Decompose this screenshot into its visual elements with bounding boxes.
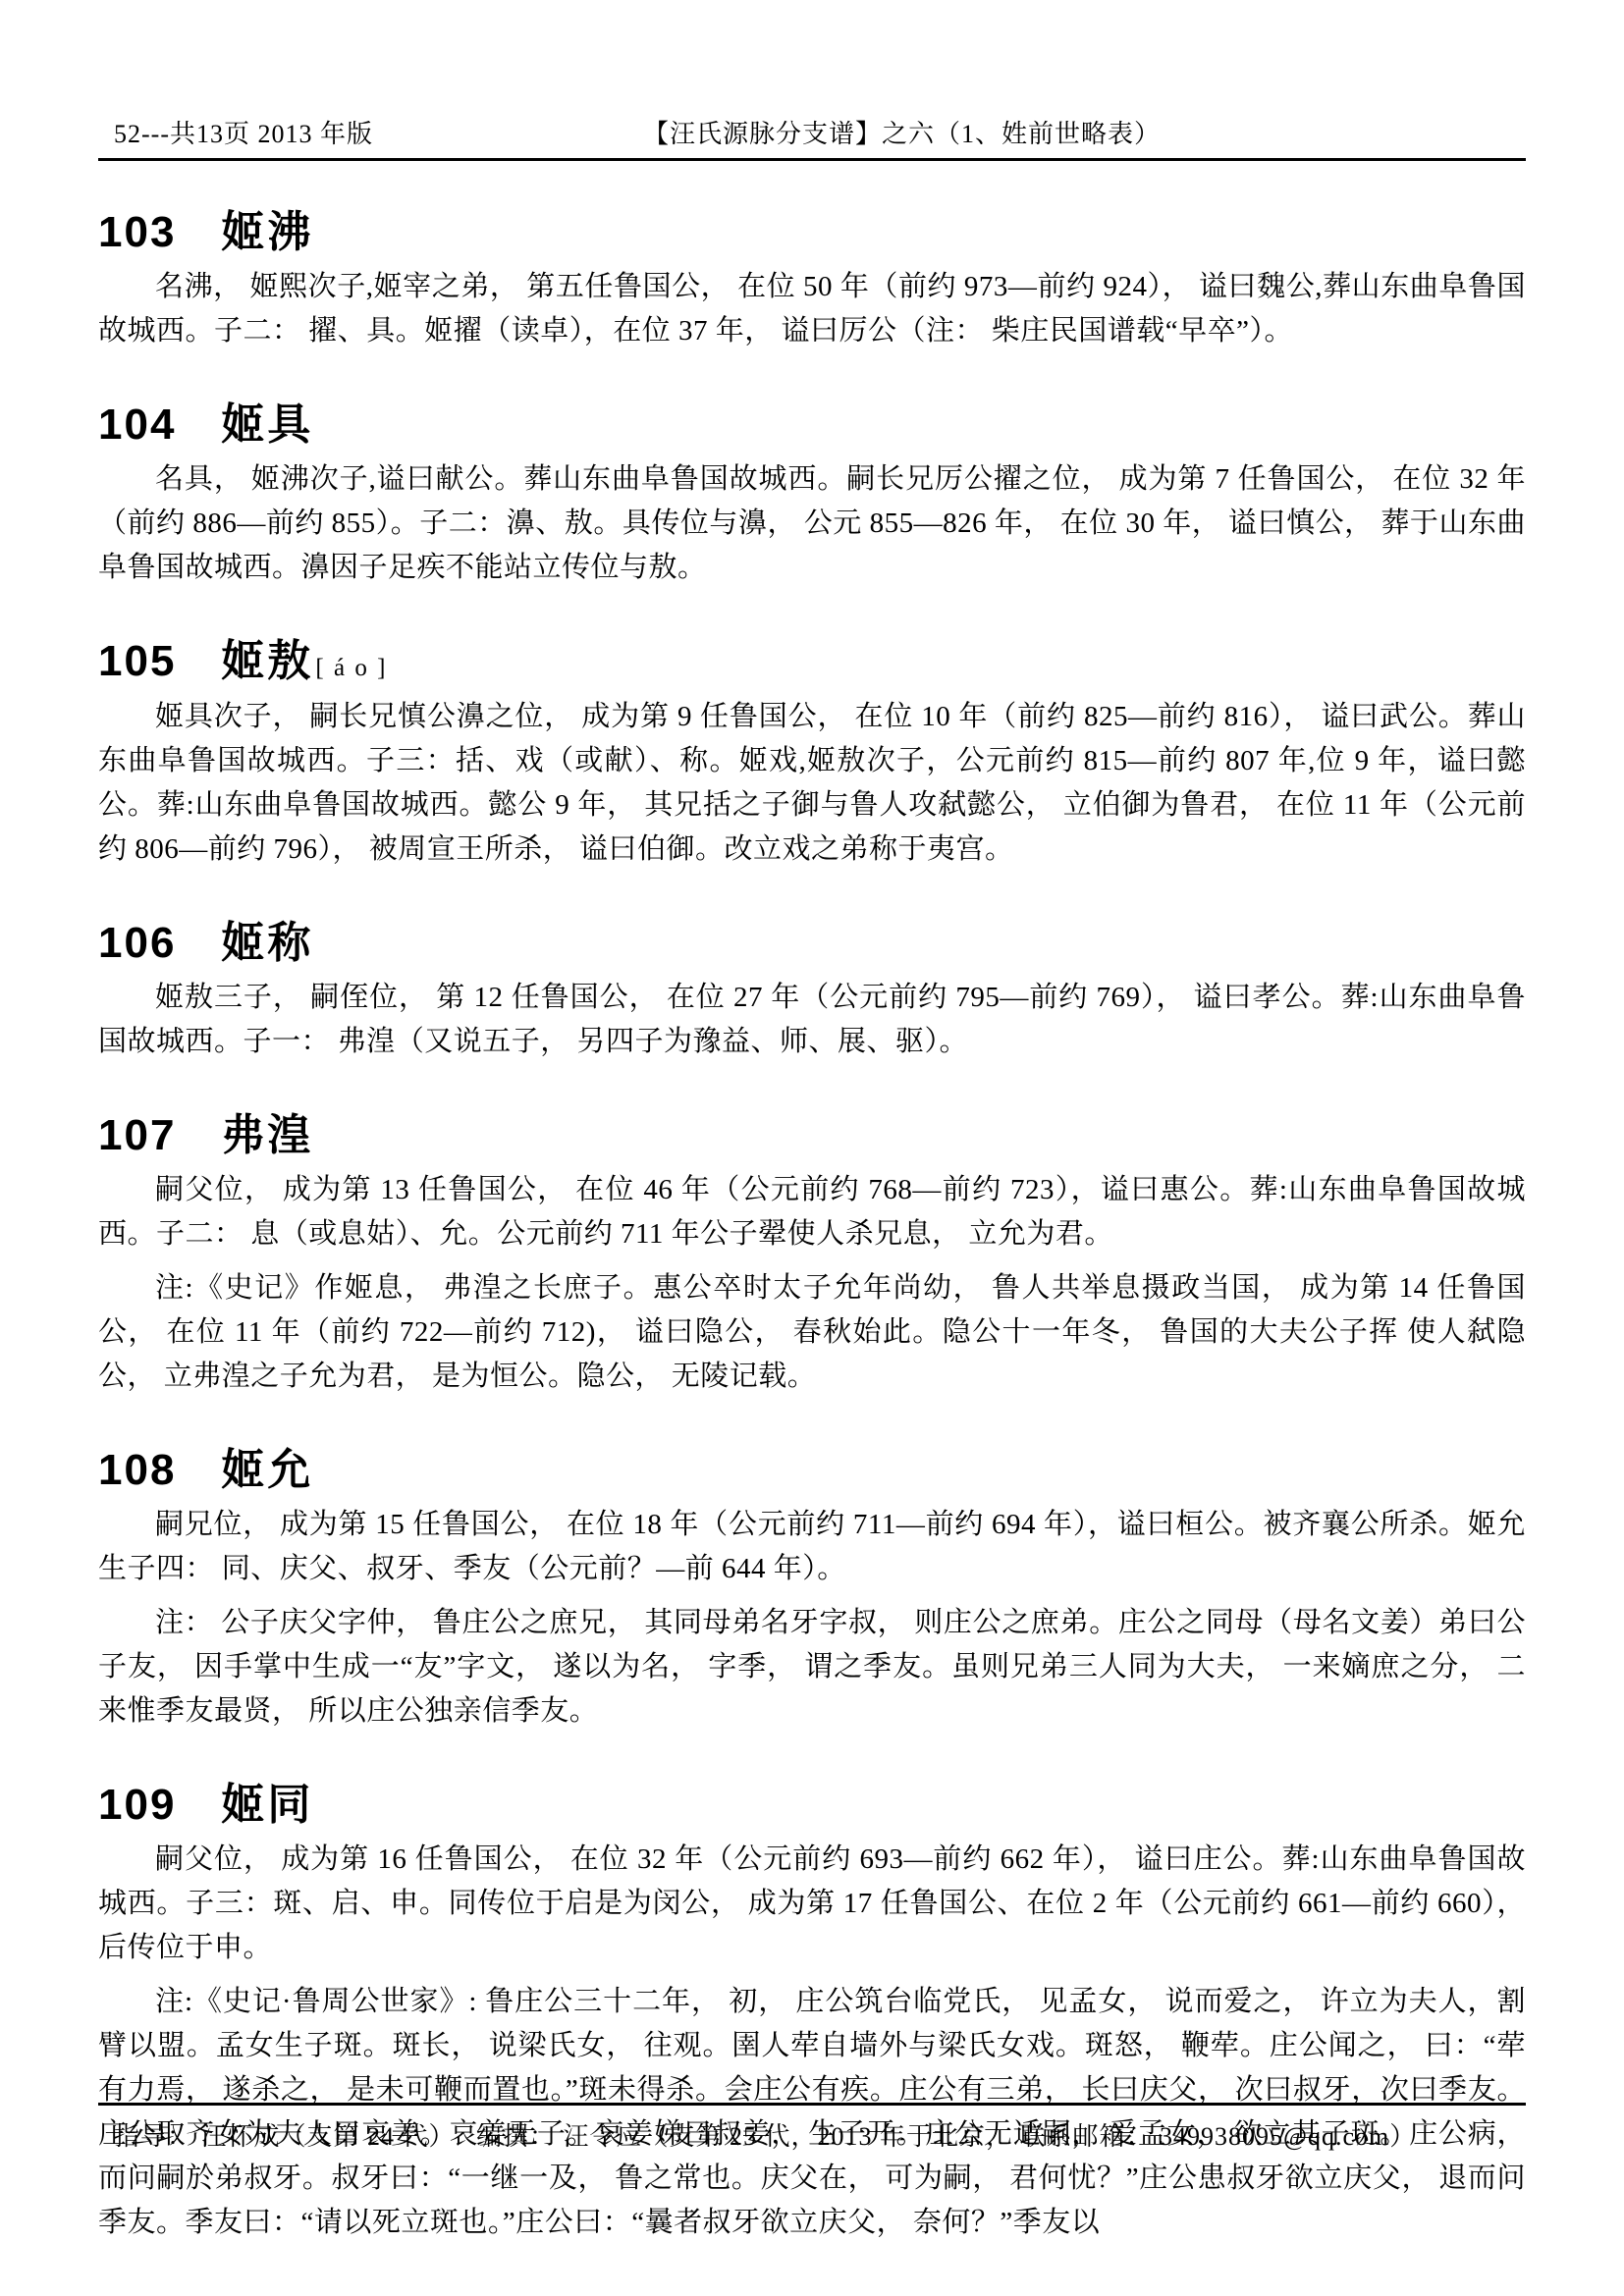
page-header: 52---共13页 2013 年版 【汪氏源脉分支谱】之六（1、姓前世略表）: [98, 0, 1526, 150]
entry-107: 107 弗湟 嗣父位， 成为第 13 任鲁国公， 在位 46 年（公元前约 76…: [98, 1113, 1526, 1399]
entry-number: 109: [98, 1783, 176, 1828]
entry-paragraph: 姬敖三子， 嗣侄位， 第 12 任鲁国公， 在位 27 年（公元前约 795—前…: [98, 976, 1526, 1064]
entry-note: 注:《史记》作姬息， 弗湟之长庶子。惠公卒时太子允年尚幼， 鲁人共举息摄政当国，…: [98, 1266, 1526, 1399]
entry-heading: 109 姬同: [98, 1783, 1526, 1828]
document-page: 52---共13页 2013 年版 【汪氏源脉分支谱】之六（1、姓前世略表） 1…: [0, 0, 1624, 2296]
entry-note: 注： 公子庆父字仲， 鲁庄公之庶兄， 其同母弟名牙字叔， 则庄公之庶弟。庄公之同…: [98, 1601, 1526, 1734]
entry-109: 109 姬同 嗣父位， 成为第 16 任鲁国公， 在位 32 年（公元前约 69…: [98, 1783, 1526, 2245]
entry-name: 姬同: [221, 1783, 313, 1828]
entry-paragraph: 嗣父位， 成为第 13 任鲁国公， 在位 46 年（公元前约 768—前约 72…: [98, 1168, 1526, 1256]
entry-name: 姬敖: [221, 639, 313, 684]
entry-104: 104 姬具 名具， 姬沸次子,谥曰献公。葬山东曲阜鲁国故城西。嗣长兄厉公擢之位…: [98, 402, 1526, 590]
entry-number: 106: [98, 921, 176, 966]
volume-title: 【汪氏源脉分支谱】之六（1、姓前世略表）: [643, 114, 1161, 150]
footer-rule: [98, 2103, 1526, 2106]
footer-text: 指导： 汪怀成（支第 24 代） 编撰： 汪令应（支第 25 代，2013 年于…: [114, 2122, 1416, 2151]
entry-name: 姬允: [221, 1448, 313, 1493]
entry-heading: 103 姬沸: [98, 210, 1526, 255]
entry-108: 108 姬允 嗣兄位， 成为第 15 任鲁国公， 在位 18 年（公元前约 71…: [98, 1448, 1526, 1734]
header-rule: [98, 158, 1526, 161]
entry-heading: 107 弗湟: [98, 1113, 1526, 1158]
entry-number: 105: [98, 639, 176, 684]
entry-name: 弗湟: [221, 1113, 313, 1158]
page-number-edition: 52---共13页 2013 年版: [114, 114, 373, 150]
entry-paragraph: 名沸， 姬熙次子,姬宰之弟， 第五任鲁国公， 在位 50 年（前约 973—前约…: [98, 265, 1526, 353]
entry-number: 103: [98, 210, 176, 255]
entry-number: 108: [98, 1448, 176, 1493]
entry-paragraph: 名具， 姬沸次子,谥曰献公。葬山东曲阜鲁国故城西。嗣长兄厉公擢之位， 成为第 7…: [98, 457, 1526, 590]
entry-103: 103 姬沸 名沸， 姬熙次子,姬宰之弟， 第五任鲁国公， 在位 50 年（前约…: [98, 210, 1526, 353]
entry-heading: 108 姬允: [98, 1448, 1526, 1493]
entry-note: 注:《史记·鲁周公世家》: 鲁庄公三十二年， 初， 庄公筑台临党氏， 见孟女， …: [98, 1980, 1526, 2245]
entry-name: 姬称: [221, 921, 313, 966]
page-footer: 指导： 汪怀成（支第 24 代） 编撰： 汪令应（支第 25 代，2013 年于…: [114, 2116, 1416, 2153]
entry-paragraph: 嗣兄位， 成为第 15 任鲁国公， 在位 18 年（公元前约 711—前约 69…: [98, 1503, 1526, 1591]
entry-name: 姬沸: [221, 210, 313, 255]
entry-106: 106 姬称 姬敖三子， 嗣侄位， 第 12 任鲁国公， 在位 27 年（公元前…: [98, 921, 1526, 1064]
entry-105: 105 姬敖 [ á o ] 姬具次子， 嗣长兄慎公濞之位， 成为第 9 任鲁国…: [98, 639, 1526, 871]
entry-number: 107: [98, 1113, 176, 1158]
entry-paragraph: 姬具次子， 嗣长兄慎公濞之位， 成为第 9 任鲁国公， 在位 10 年（前约 8…: [98, 695, 1526, 872]
entry-pronunciation: [ á o ]: [315, 656, 387, 681]
entry-paragraph: 嗣父位， 成为第 16 任鲁国公， 在位 32 年（公元前约 693—前约 66…: [98, 1838, 1526, 1970]
entry-heading: 106 姬称: [98, 921, 1526, 966]
entry-number: 104: [98, 402, 176, 448]
entry-heading: 105 姬敖 [ á o ]: [98, 639, 1526, 684]
entry-heading: 104 姬具: [98, 402, 1526, 448]
entry-name: 姬具: [221, 402, 313, 448]
